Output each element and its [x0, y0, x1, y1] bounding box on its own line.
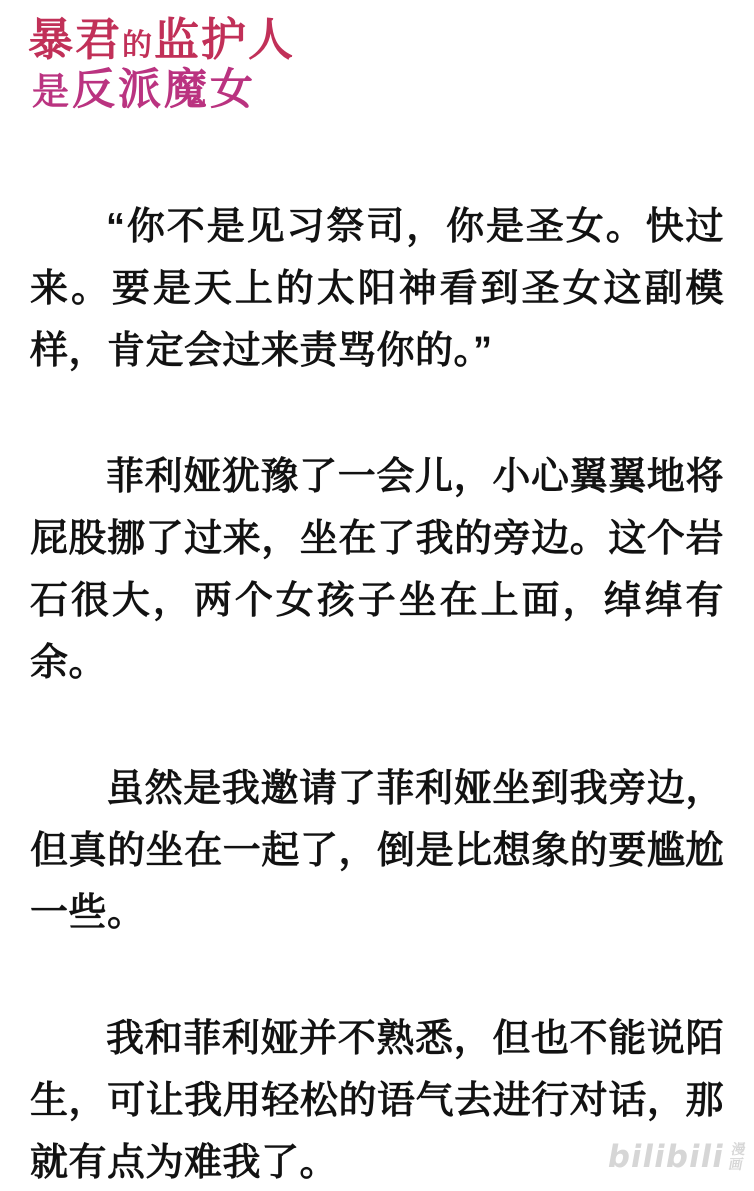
- reader-page[interactable]: 暴君的监护人 是反派魔女 “你不是见习祭司，你是圣女。快过来。要是天上的太阳神看…: [0, 0, 754, 1191]
- bilibili-logo-text: bilibili: [605, 1139, 727, 1175]
- series-logo-line1: 暴君的监护人: [28, 16, 295, 63]
- logo-text-baojun: 暴君: [28, 13, 122, 66]
- novel-paragraph-2: 菲利娅犹豫了一会儿，小心翼翼地将屁股挪了过来，坐在了我的旁边。这个岩石很大，两个…: [30, 446, 724, 694]
- logo-text-de: 的: [122, 28, 154, 63]
- manhua-seal-top-char: 漫: [730, 1142, 747, 1157]
- logo-text-shi: 是: [32, 69, 72, 113]
- logo-text-jianhuren: 监护人: [154, 13, 295, 66]
- series-logo: 暴君的监护人 是反派魔女: [28, 16, 295, 113]
- novel-paragraph-1: “你不是见习祭司，你是圣女。快过来。要是天上的太阳神看到圣女这副模样，肯定会过来…: [30, 196, 724, 382]
- manhua-seal-bottom-char: 画: [727, 1157, 744, 1172]
- bilibili-manga-watermark: bilibili 漫 画: [605, 1139, 747, 1175]
- novel-text-body: “你不是见习祭司，你是圣女。快过来。要是天上的太阳神看到圣女这副模样，肯定会过来…: [30, 196, 724, 1191]
- novel-paragraph-3: 虽然是我邀请了菲利娅坐到我旁边，但真的坐在一起了，倒是比想象的要尴尬一些。: [30, 758, 724, 944]
- logo-text-fanpaimonv: 反派魔女: [72, 65, 256, 115]
- manhua-seal: 漫 画: [727, 1142, 746, 1172]
- series-logo-line2: 是反派魔女: [32, 68, 295, 113]
